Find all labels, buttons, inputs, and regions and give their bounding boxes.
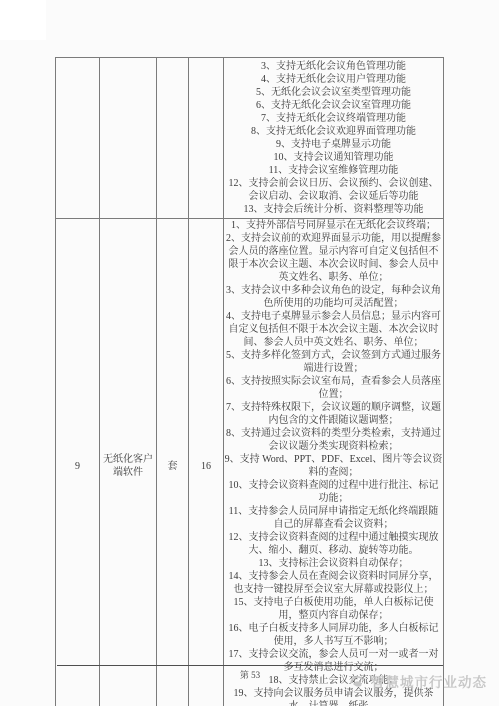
footer-divider — [57, 665, 443, 666]
desc-line: 13、支持会后统计分析、资料整理等功能 — [224, 203, 443, 216]
cell-qty — [189, 58, 224, 219]
desc-line: 9、支持电子桌牌显示功能 — [224, 138, 443, 151]
desc-line: 6、支持按照实际会议室布局，查看参会人员落座位置； — [224, 375, 443, 401]
spec-table: 3、支持无纸化会议角色管理功能4、支持无纸化会议用户管理功能5、无纸化会议会议室… — [55, 57, 444, 706]
desc-line: 13、支持标注会议资料自动保存； — [224, 557, 443, 570]
document-page: 3、支持无纸化会议角色管理功能4、支持无纸化会议用户管理功能5、无纸化会议会议室… — [0, 0, 499, 706]
desc-line: 5、无纸化会议会议室类型管理功能 — [224, 86, 443, 99]
cell-name — [100, 58, 157, 219]
desc-line: 1、支持外部信号同屏显示在无纸化会议终端； — [224, 219, 443, 232]
desc-line: 5、支持多样化签到方式，会议签到方式通过服务端进行设置； — [224, 349, 443, 375]
desc-line: 4、支持电子桌牌显示参会人员信息；显示内容可自定义包括但不限于本次会议主题、本次… — [224, 310, 443, 349]
desc-line: 8、支持通过会议资料的类型分类检索，支持通过会议议题分类实现资料检索； — [224, 427, 443, 453]
desc-line: 14、支持参会人员在查阅会议资料时同屏分享，也支持一键投屏至会议室大屏幕或投影仪… — [224, 570, 443, 596]
cell-description: 3、支持无纸化会议角色管理功能4、支持无纸化会议用户管理功能5、无纸化会议会议室… — [224, 58, 444, 219]
watermark-logo-icon — [349, 673, 367, 689]
cell-name: 无纸化客户端软件 — [100, 219, 157, 706]
desc-line: 11、支持会议室维修管理功能 — [224, 164, 443, 177]
desc-line: 11、支持参会人员同屏申请指定无纸化终端跟随自己的屏幕查看会议资料； — [224, 505, 443, 531]
cell-description: 1、支持外部信号同屏显示在无纸化会议终端；2、支持会议前的欢迎界面显示功能，用以… — [224, 219, 444, 706]
desc-line: 15、支持电子白板使用功能，单人白板标记使用，整页内容自动保存； — [224, 596, 443, 622]
table-row: 3、支持无纸化会议角色管理功能4、支持无纸化会议用户管理功能5、无纸化会议会议室… — [56, 58, 444, 219]
desc-line: 2、支持会议前的欢迎界面显示功能，用以提醒参会人员的落座位置。显示内容可自定义包… — [224, 232, 443, 284]
desc-line: 3、支持会议中多种会议角色的设定，每种会议角色所使用的功能均可灵活配置； — [224, 284, 443, 310]
cell-qty: 16 — [189, 219, 224, 706]
watermark-text: 智慧城市行业动态 — [371, 671, 487, 691]
cell-seq: 9 — [56, 219, 100, 706]
desc-line: 7、支持无纸化会议终端管理功能 — [224, 112, 443, 125]
desc-line: 12、支持会议资料查阅的过程中通过触摸实现放大、缩小、翻页、移动、旋转等功能。 — [224, 531, 443, 557]
cell-unit: 套 — [157, 219, 189, 706]
cell-seq — [56, 58, 100, 219]
cell-unit — [157, 58, 189, 219]
desc-line: 12、支持会前会议日历、会议预约、会议创建、会议启动、会议取消、会议延后等功能 — [224, 177, 443, 203]
desc-line: 9、支持 Word、PPT、PDF、Excel、图片等会议资料的查阅； — [224, 453, 443, 479]
scan-artifact — [0, 0, 46, 40]
desc-line: 16、电子白板支持多人同屏功能，多人白板标记使用，多人书写互不影响； — [224, 622, 443, 648]
desc-line: 4、支持无纸化会议用户管理功能 — [224, 73, 443, 86]
desc-line: 3、支持无纸化会议角色管理功能 — [224, 60, 443, 73]
desc-line: 10、支持会议通知管理功能 — [224, 151, 443, 164]
desc-line: 8、支持无纸化会议欢迎界面管理功能 — [224, 125, 443, 138]
desc-line: 7、支持特殊权限下，会议议题的顺序调整，议题内包含的文件跟随议题调整； — [224, 401, 443, 427]
desc-line: 6、支持无纸化会议会议室管理功能 — [224, 99, 443, 112]
desc-line: 10、支持会议资料查阅的过程中进行批注、标记功能； — [224, 479, 443, 505]
watermark: 智慧城市行业动态 — [349, 671, 487, 691]
table-row: 9 无纸化客户端软件 套 16 1、支持外部信号同屏显示在无纸化会议终端；2、支… — [56, 219, 444, 706]
